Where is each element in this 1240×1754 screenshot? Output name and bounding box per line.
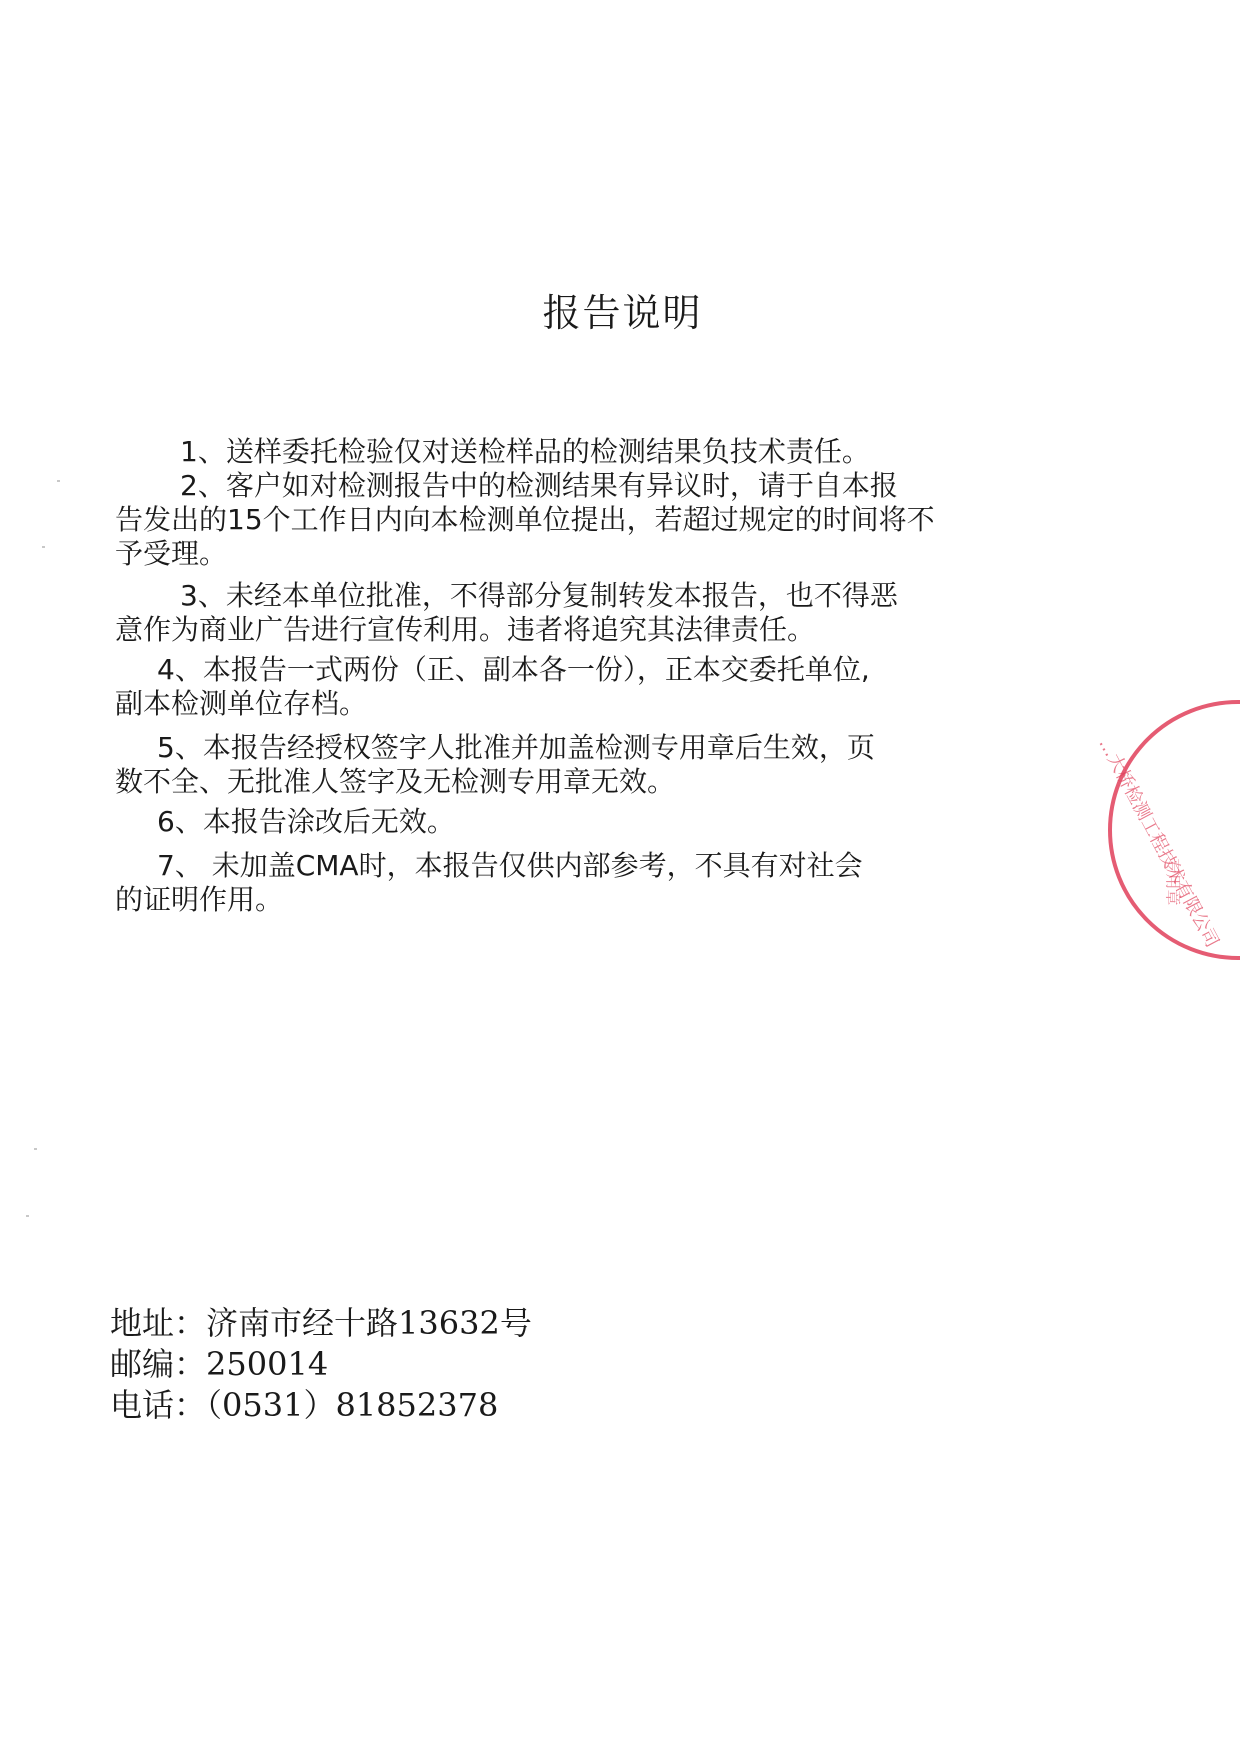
clause-line: 意作为商业广告进行宣传利用。违者将追究其法律责任。 bbox=[115, 613, 1015, 647]
seal-subtext: 专用章 bbox=[1163, 857, 1186, 905]
clause-line: 1、送样委托检验仅对送检样品的检测结果负技术责任。 bbox=[115, 435, 1015, 469]
clause-6: 6、本报告涂改后无效。 bbox=[115, 805, 1015, 839]
page-title: 报告说明 bbox=[0, 282, 1240, 337]
scan-artifact bbox=[34, 1148, 37, 1150]
official-seal-stamp bbox=[1108, 700, 1240, 960]
clause-1: 1、送样委托检验仅对送检样品的检测结果负技术责任。 bbox=[115, 435, 1015, 469]
phone-label: 电话： bbox=[110, 1386, 206, 1424]
clause-line: 的证明作用。 bbox=[115, 883, 1015, 917]
address-label: 地址： bbox=[110, 1304, 206, 1342]
postcode-value: 250014 bbox=[206, 1345, 328, 1383]
clause-line: 5、本报告经授权签字人批准并加盖检测专用章后生效，页 bbox=[115, 731, 1015, 765]
phone-value: （0531）81852378 bbox=[206, 1386, 498, 1424]
phone-row: 电话：（0531）81852378 bbox=[110, 1385, 532, 1426]
address-value: 济南市经十路13632号 bbox=[206, 1304, 532, 1342]
clause-list: 1、送样委托检验仅对送检样品的检测结果负技术责任。 2、客户如对检测报告中的检测… bbox=[115, 435, 1015, 917]
clause-2: 2、客户如对检测报告中的检测结果有异议时，请于自本报 告发出的15个工作日内向本… bbox=[115, 469, 1015, 571]
clause-5: 5、本报告经授权签字人批准并加盖检测专用章后生效，页 数不全、无批准人签字及无检… bbox=[115, 731, 1015, 799]
clause-line: 告发出的15个工作日内向本检测单位提出，若超过规定的时间将不 bbox=[115, 503, 1015, 537]
clause-7: 7、 未加盖CMA时，本报告仅供内部参考，不具有对社会 的证明作用。 bbox=[115, 849, 1015, 917]
address-row: 地址：济南市经十路13632号 bbox=[110, 1303, 532, 1344]
clause-line: 予受理。 bbox=[115, 537, 1015, 571]
clause-4: 4、本报告一式两份（正、副本各一份），正本交委托单位, 副本检测单位存档。 bbox=[115, 653, 1015, 721]
clause-line: 3、未经本单位批准，不得部分复制转发本报告，也不得恶 bbox=[115, 579, 1015, 613]
scan-artifact bbox=[42, 546, 45, 548]
clause-line: 2、客户如对检测报告中的检测结果有异议时，请于自本报 bbox=[115, 469, 1015, 503]
postcode-label: 邮编： bbox=[110, 1345, 206, 1383]
clause-line: 4、本报告一式两份（正、副本各一份），正本交委托单位, bbox=[115, 653, 1015, 687]
clause-line: 6、本报告涂改后无效。 bbox=[115, 805, 1015, 839]
clause-line: 副本检测单位存档。 bbox=[115, 687, 1015, 721]
report-page: 报告说明 1、送样委托检验仅对送检样品的检测结果负技术责任。 2、客户如对检测报… bbox=[0, 0, 1240, 1754]
contact-block: 地址：济南市经十路13632号 邮编：250014 电话：（0531）81852… bbox=[110, 1303, 532, 1426]
postcode-row: 邮编：250014 bbox=[110, 1344, 532, 1385]
clause-line: 数不全、无批准人签字及无检测专用章无效。 bbox=[115, 765, 1015, 799]
scan-artifact bbox=[26, 1215, 29, 1217]
clause-line: 7、 未加盖CMA时，本报告仅供内部参考，不具有对社会 bbox=[115, 849, 1015, 883]
scan-artifact bbox=[57, 480, 60, 482]
clause-3: 3、未经本单位批准，不得部分复制转发本报告，也不得恶 意作为商业广告进行宣传利用… bbox=[115, 579, 1015, 647]
